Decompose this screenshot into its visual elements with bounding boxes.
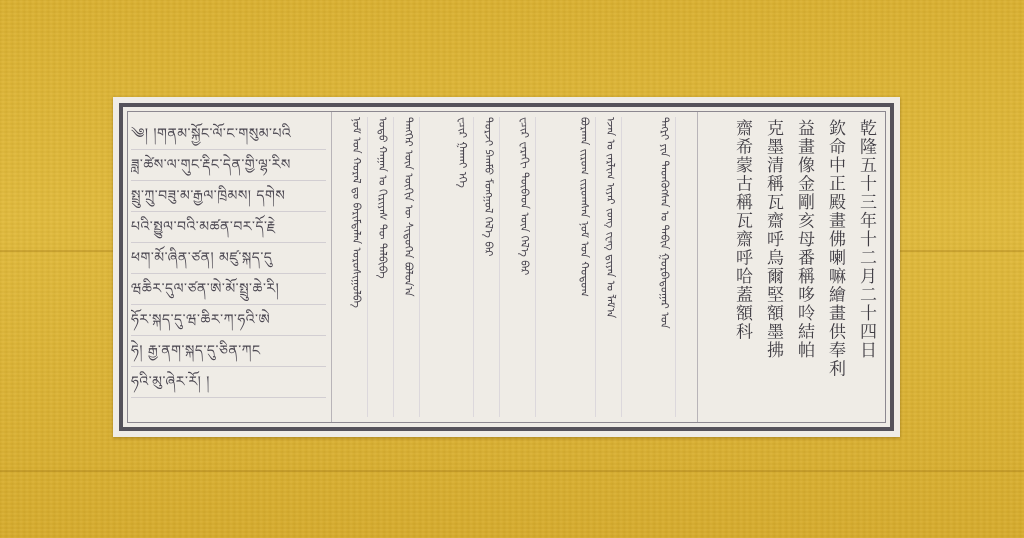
mongolian-column: ᠨᠣᠮ ᠤᠨ ᠬᠤᠷᠠᠯ ᠳᠤ ᠪᠠᠷᠢᠮᠲᠠᠯᠠᠨ ᠣᠷᠤᠰᠢᠭᠤᠯᠪᠠ	[345, 117, 368, 417]
tibetan-line: ཧོར་སྐད་དུ་ཝ་ཆིར་ཀ་ཧའི་ཨེ	[131, 305, 326, 336]
mongolian-column: ᠳᠣᠷᠵᠢ ᠫᠠᠭᠮᠣ ᠮᠣᠩᠭᠣᠯ ᠬᠡᠯ᠎ᠡ ᠪᠡᠷ	[477, 117, 500, 417]
tibetan-text-block: ༄། །གནམ་སྐྱོང་ལོ་ང་གསུམ་པའི ཟླ་ཚེས་ལ་གུང…	[131, 119, 326, 409]
chinese-column: 欽命中正殿畫佛喇嘛繪畫供奉利	[824, 119, 846, 378]
tibetan-line: ཕག་མོ་ཞིན་ཙན། མཛུ་སྐད་དུ	[131, 243, 326, 274]
silk-fold-line	[0, 470, 1024, 472]
chinese-column: 益畫像金剛亥母番稱哆呤結帕	[793, 119, 815, 360]
mongolian-column: ᠡᠵᠡᠨ ᠤ ᠵᠠᠷᠯᠢᠭ ᠢᠶᠠᠷ ᠵᠤᠩ ᠵᠧᠩ ᠳ᠋ᠢᠶᠠᠨ ᠤ ᠯᠠᠮ᠎…	[599, 117, 622, 417]
tibetan-line: ཝཆིར་དུལ་ཙན་ཨེ་མོ་སྤྲུ་ཆེ་རི།	[131, 274, 326, 305]
mongolian-column: ᠸᠴᠢᠷ ᠭᠠᠬᠠᠢ ᠡᠬᠡ	[451, 117, 474, 417]
mongolian-column: ᠲᠩᠷᠢ ᠶᠢᠨ ᠲᠡᠳᠬᠦᠭᠰᠡᠨ ᠤ ᠲᠠᠪᠢᠨ ᠭᠤᠷᠪᠠᠳᠤᠭᠠᠷ ᠣᠨ	[653, 117, 676, 417]
mongolian-column: ᠣᠳᠤ ᠬᠠᠭᠠᠨ ᠤ ᠬᠢᠷᠢᠶᠡᠰ ᠲᠦ ᠲᠠᠯᠪᠢᠪᠠ	[371, 117, 394, 417]
section-divider	[697, 112, 698, 422]
tibetan-line: ཧེ། རྒྱ་ནག་སྐད་དུ་ཅིན་ཀང	[131, 336, 326, 367]
chinese-column-date: 乾隆五十三年十二月二十四日	[855, 119, 877, 360]
mongolian-column: ᠸᠴᠢᠷ ᠸᠠᠷᠠᠬᠢ ᠲᠦᠪᠡᠳ ᠦᠨ ᠬᠡᠯ᠎ᠡ ᠪᠡᠷ	[513, 117, 536, 417]
mongolian-column: ᠪᠤᠷᠬᠠᠨ ᠵᠢᠷᠤᠭ ᠵᠢᠷᠤᠭᠰᠠᠨ ᠨᠣᠮ ᠤᠨ ᠬᠤᠲᠤᠭ	[573, 117, 596, 417]
chinese-column: 齋希蒙古稱瓦齋呼哈蓋額科	[731, 119, 753, 341]
tibetan-line: པའི་སྤྱུལ་བའི་མཚན་བར་དོ་རྗེ	[131, 212, 326, 243]
chinese-column: 克墨清稱瓦齋呼烏爾堅額墨拂	[762, 119, 784, 360]
tibetan-line: ཟླ་ཚེས་ལ་གུང་རྡིང་དེན་གྱི་ལྷ་རིས	[131, 150, 326, 181]
section-divider	[331, 112, 332, 422]
mongolian-column: ᠲᠡᠩᠭᠡᠷ ᠦᠨ ᠦᠬᠢᠨ ᠦ ᠰᠢᠲᠦᠭᠡᠨ ᠪᠤᠯᠤᠨ᠎ᠠ	[397, 117, 420, 417]
tibetan-line: སྤྲུ་ཀྲུ་བཟུ་མ་རྒྱལ་ཁྲིམས། དགེས	[131, 181, 326, 212]
tibetan-line: ༄། །གནམ་སྐྱོང་ལོ་ང་གསུམ་པའི	[131, 119, 326, 150]
inscription-label: ༄། །གནམ་སྐྱོང་ལོ་ང་གསུམ་པའི ཟླ་ཚེས་ལ་གུང…	[113, 97, 900, 437]
tibetan-line: ཧའི་མུ་ཞེར་རོ། །	[131, 367, 326, 398]
